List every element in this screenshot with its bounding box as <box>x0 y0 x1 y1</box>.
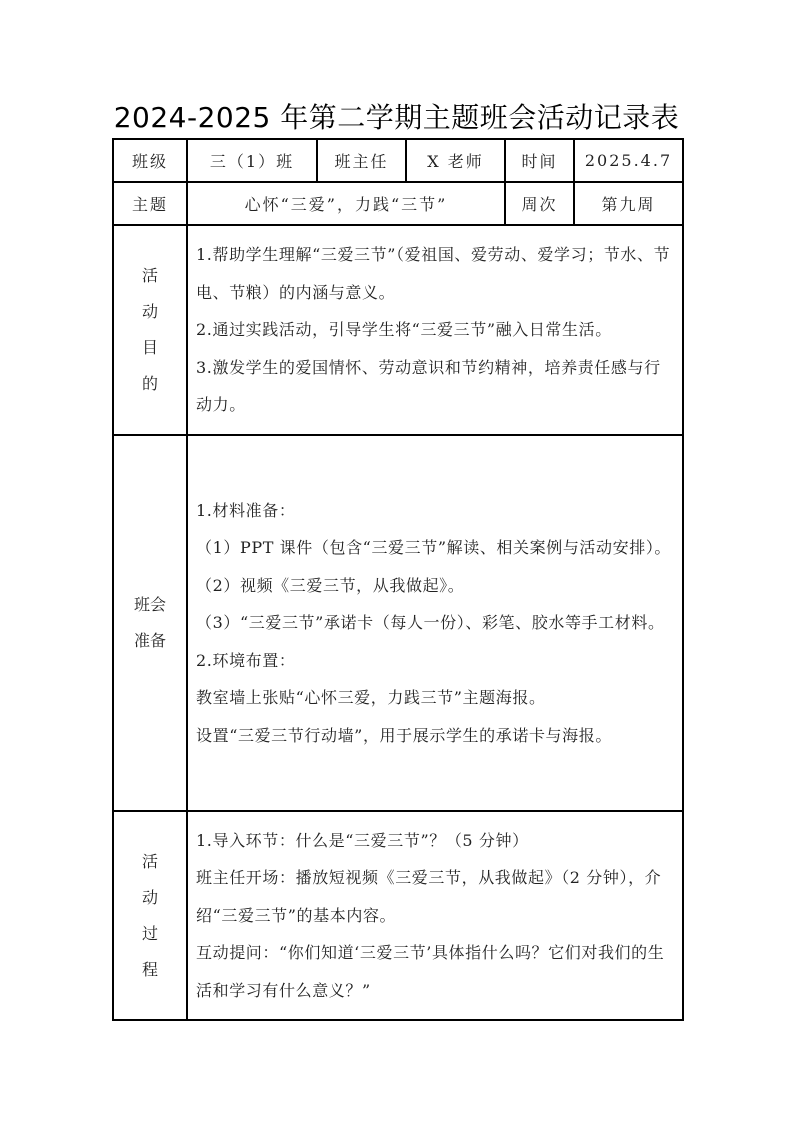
theme-label: 主题 <box>113 182 187 225</box>
teacher-value: X 老师 <box>406 139 505 182</box>
goals-label-char: 的 <box>114 366 186 402</box>
record-table: 班级 三（1）班 班主任 X 老师 时间 2025.4.7 主题 心怀“三爱”，… <box>112 138 684 1021</box>
header-row-class: 班级 三（1）班 班主任 X 老师 时间 2025.4.7 <box>113 139 683 182</box>
preparation-line: （2）视频《三爱三节，从我做起》。 <box>196 567 676 605</box>
preparation-content: 1.材料准备： （1）PPT 课件（包含“三爱三节”解读、相关案例与活动安排）。… <box>187 435 683 811</box>
preparation-line: 1.材料准备： <box>196 492 676 530</box>
section-process: 活 动 过 程 1.导入环节：什么是“三爱三节”？（5 分钟） 班主任开场：播放… <box>113 811 683 1020</box>
process-content: 1.导入环节：什么是“三爱三节”？（5 分钟） 班主任开场：播放短视频《三爱三节… <box>187 811 683 1020</box>
process-label-char: 动 <box>114 880 186 916</box>
preparation-label-line: 准备 <box>114 623 186 659</box>
goals-line: 3.激发学生的爱国情怀、劳动意识和节约精神，培养责任感与行动力。 <box>196 349 676 424</box>
goals-line: 1.帮助学生理解“三爱三节”（爱祖国、爱劳动、爱学习；节水、节电、节粮）的内涵与… <box>196 236 676 311</box>
goals-label-char: 目 <box>114 330 186 366</box>
preparation-label-line: 班会 <box>114 587 186 623</box>
preparation-line: 设置“三爱三节行动墙”，用于展示学生的承诺卡与海报。 <box>196 717 676 755</box>
goals-content: 1.帮助学生理解“三爱三节”（爱祖国、爱劳动、爱学习；节水、节电、节粮）的内涵与… <box>187 225 683 435</box>
week-value: 第九周 <box>574 182 683 225</box>
preparation-line: （3）“三爱三节”承诺卡（每人一份）、彩笔、胶水等手工材料。 <box>196 604 676 642</box>
process-label-char: 过 <box>114 916 186 952</box>
process-label: 活 动 过 程 <box>113 811 187 1020</box>
class-label: 班级 <box>113 139 187 182</box>
goals-label-char: 动 <box>114 294 186 330</box>
goals-line: 2.通过实践活动，引导学生将“三爱三节”融入日常生活。 <box>196 311 676 349</box>
document-title: 2024-2025 年第二学期主题班会活动记录表 <box>0 98 793 138</box>
preparation-line: 2.环境布置： <box>196 642 676 680</box>
section-goals: 活 动 目 的 1.帮助学生理解“三爱三节”（爱祖国、爱劳动、爱学习；节水、节电… <box>113 225 683 435</box>
process-line: 互动提问：“你们知道‘三爱三节’具体指什么吗？它们对我们的生活和学习有什么意义？… <box>196 934 676 1009</box>
theme-value: 心怀“三爱”，力践“三节” <box>187 182 505 225</box>
section-preparation: 班会 准备 1.材料准备： （1）PPT 课件（包含“三爱三节”解读、相关案例与… <box>113 435 683 811</box>
goals-label: 活 动 目 的 <box>113 225 187 435</box>
goals-label-char: 活 <box>114 258 186 294</box>
process-line: 班主任开场：播放短视频《三爱三节，从我做起》（2 分钟），介绍“三爱三节”的基本… <box>196 859 676 934</box>
preparation-line: 教室墙上张贴“心怀三爱，力践三节”主题海报。 <box>196 679 676 717</box>
time-label: 时间 <box>505 139 574 182</box>
preparation-label: 班会 准备 <box>113 435 187 811</box>
process-label-char: 活 <box>114 844 186 880</box>
teacher-label: 班主任 <box>317 139 406 182</box>
class-value: 三（1）班 <box>187 139 317 182</box>
week-label: 周次 <box>505 182 574 225</box>
header-row-theme: 主题 心怀“三爱”，力践“三节” 周次 第九周 <box>113 182 683 225</box>
process-line: 1.导入环节：什么是“三爱三节”？（5 分钟） <box>196 822 676 860</box>
preparation-line: （1）PPT 课件（包含“三爱三节”解读、相关案例与活动安排）。 <box>196 529 676 567</box>
time-value: 2025.4.7 <box>574 139 683 182</box>
process-label-char: 程 <box>114 952 186 988</box>
